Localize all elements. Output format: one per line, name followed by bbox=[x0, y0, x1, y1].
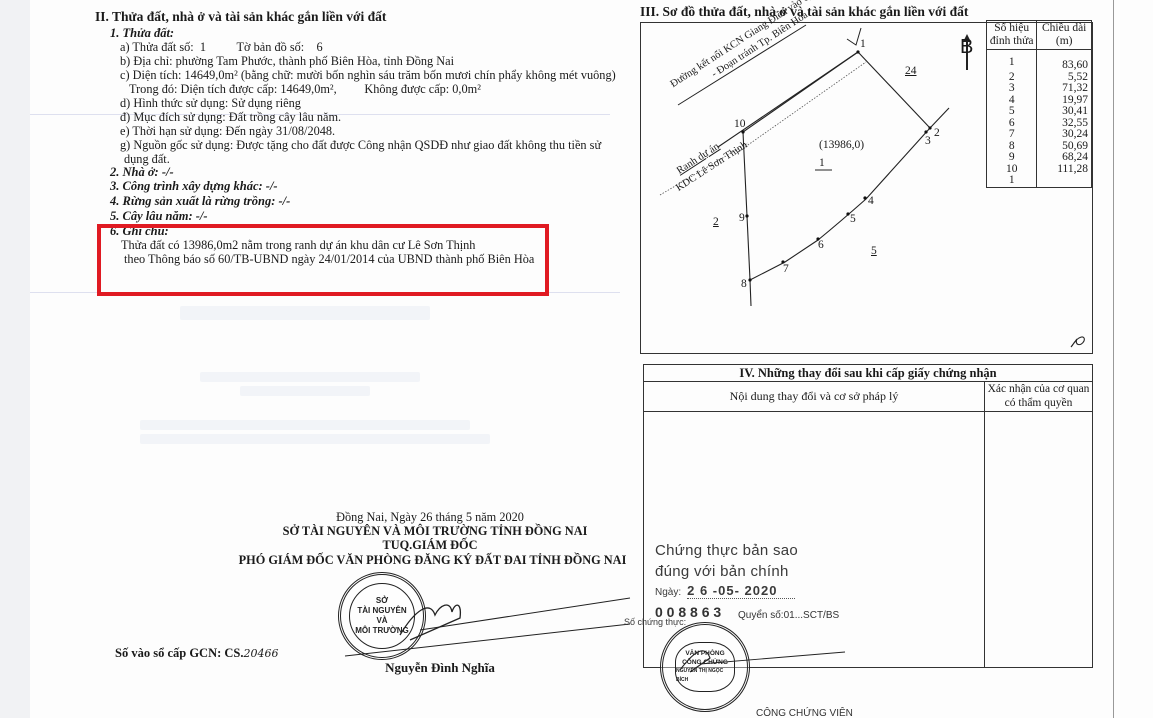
vertex-label: 8 bbox=[741, 277, 747, 291]
signer-name: Nguyễn Đình Nghĩa bbox=[360, 660, 520, 676]
vertex-label: 2 bbox=[934, 126, 940, 140]
bleed-through-text bbox=[180, 306, 430, 320]
signing-date: Đồng Nai, Ngày 26 tháng 5 năm 2020 bbox=[310, 510, 550, 525]
vertex-label: 4 bbox=[868, 194, 874, 208]
notary-title: CÔNG CHỨNG VIÊN bbox=[756, 708, 853, 718]
usage-form-line: d) Hình thức sử dụng: Sử dụng riêng bbox=[120, 96, 301, 110]
vertex-label: 5 bbox=[850, 212, 856, 226]
tuq-label: TUQ.GIÁM ĐỐC bbox=[330, 538, 530, 553]
north-arrow-icon: B bbox=[960, 40, 973, 54]
vertex-number: 1 bbox=[987, 175, 1037, 187]
usage-purpose-line: đ) Mục đích sử dụng: Đất trồng cây lâu n… bbox=[120, 110, 341, 124]
vertex-number: 1 bbox=[987, 50, 1037, 72]
length-column-header: Chiều dài (m) bbox=[1037, 21, 1092, 50]
edge-length-table: Số hiệu đỉnh thửa Chiều dài (m) 183,6025… bbox=[986, 20, 1092, 188]
vertex-label: 6 bbox=[818, 238, 824, 252]
register-number: 20466 bbox=[244, 647, 279, 660]
vertex-number: 9 bbox=[987, 152, 1037, 164]
neighbor-parcel-label: 2 bbox=[713, 215, 719, 229]
area-line: c) Diện tích: 14649,0m² (bằng chữ: mười … bbox=[120, 68, 616, 82]
edge-length-row: 530,41 bbox=[987, 106, 1092, 118]
land-parcel-heading: 1. Thửa đất: bbox=[110, 26, 174, 41]
column-divider bbox=[984, 382, 985, 667]
certification-line-2: đúng với bản chính bbox=[655, 561, 855, 582]
vertex-label: 3 bbox=[925, 134, 931, 148]
edge-length: 30,41 bbox=[1037, 106, 1092, 118]
neighbor-parcel-label: 5 bbox=[871, 244, 877, 258]
bleed-through-text bbox=[140, 434, 490, 444]
certification-date: Ngày:2 6 -05- 2020 bbox=[655, 583, 855, 598]
edge-length-row: 371,32 bbox=[987, 83, 1092, 95]
parcel-number-label: 1 bbox=[819, 156, 825, 170]
signature-stroke bbox=[340, 590, 640, 660]
production-forest-item: 4. Rừng sản xuất là rừng trồng: -/- bbox=[110, 194, 290, 209]
edge-length: 71,32 bbox=[1037, 83, 1092, 95]
edge-length-row: 10111,28 bbox=[987, 164, 1092, 176]
page-edge-line bbox=[1113, 0, 1114, 718]
bleed-through-text bbox=[140, 420, 470, 430]
area-breakdown-line: Trong đó: Diện tích được cấp: 14649,0m²,… bbox=[120, 82, 481, 96]
edge-length-row: 183,60 bbox=[987, 50, 1092, 72]
address-line: b) Địa chỉ: phường Tam Phước, thành phố … bbox=[120, 54, 454, 68]
notary-signature-stroke bbox=[650, 640, 850, 680]
perennial-tree-item: 5. Cây lâu năm: -/- bbox=[110, 209, 208, 224]
edge-length: 111,28 bbox=[1037, 164, 1092, 176]
register-label: Số vào sổ cấp GCN: CS.20466 bbox=[115, 646, 279, 661]
note-highlight-box bbox=[97, 224, 549, 296]
certification-line-1: Chứng thực bản sao bbox=[655, 540, 855, 561]
parcel-number-line: a) Thửa đất số: 1 Tờ bản đồ số: 6 bbox=[120, 40, 323, 54]
edge-length-row: 1 bbox=[987, 175, 1092, 187]
bleed-through-text bbox=[200, 372, 420, 382]
edge-length: 30,24 bbox=[1037, 129, 1092, 141]
edge-length-row: 968,24 bbox=[987, 152, 1092, 164]
initials-mark-icon bbox=[1068, 333, 1090, 349]
edge-length bbox=[1037, 175, 1092, 187]
edge-length-row: 730,24 bbox=[987, 129, 1092, 141]
certification-number-value: 0 0 8 8 6 3 bbox=[655, 604, 721, 620]
vertex-number: 7 bbox=[987, 129, 1037, 141]
book-number: Quyển số:01...SCT/BS bbox=[738, 610, 839, 621]
vertex-label: 1 bbox=[860, 37, 866, 51]
signer-position: PHÓ GIÁM ĐỐC VĂN PHÒNG ĐĂNG KÝ ĐẤT ĐAI T… bbox=[235, 553, 630, 568]
usage-term-line: e) Thời hạn sử dụng: Đến ngày 31/08/2048… bbox=[120, 124, 335, 138]
vertex-column-header: Số hiệu đỉnh thửa bbox=[987, 21, 1037, 50]
parcel-area-label: (13986,0) bbox=[819, 138, 864, 152]
house-item: 2. Nhà ở: -/- bbox=[110, 165, 174, 180]
vertex-label: 9 bbox=[739, 211, 745, 225]
section-2-title: II. Thửa đất, nhà ở và tài sản khác gắn … bbox=[95, 9, 386, 25]
vertex-number: 3 bbox=[987, 83, 1037, 95]
origin-line: g) Nguồn gốc sử dụng: Được tặng cho đất … bbox=[120, 138, 601, 152]
copy-certification-stamp: Chứng thực bản sao đúng với bản chính Ng… bbox=[655, 540, 855, 598]
change-content-header: Nội dung thay đổi và cơ sở pháp lý bbox=[644, 382, 984, 412]
edge-length: 83,60 bbox=[1037, 50, 1092, 72]
issuing-org: SỞ TÀI NGUYÊN VÀ MÔI TRƯỜNG TỈNH ĐỒNG NA… bbox=[230, 524, 640, 539]
certification-date-value: 2 6 -05- 2020 bbox=[687, 583, 795, 599]
vertex-number: 5 bbox=[987, 106, 1037, 118]
section-4-title: IV. Những thay đổi sau khi cấp giấy chứn… bbox=[644, 365, 1092, 382]
other-construction-item: 3. Công trình xây dựng khác: -/- bbox=[110, 179, 278, 194]
neighbor-parcel-label: 24 bbox=[905, 64, 917, 78]
authority-confirmation-header: Xác nhận của cơ quan có thẩm quyền bbox=[985, 382, 1092, 412]
edge-length: 68,24 bbox=[1037, 152, 1092, 164]
vertex-label: 7 bbox=[783, 262, 789, 276]
origin-line-cont: dụng đất. bbox=[124, 152, 170, 166]
bleed-through-text bbox=[240, 386, 370, 396]
